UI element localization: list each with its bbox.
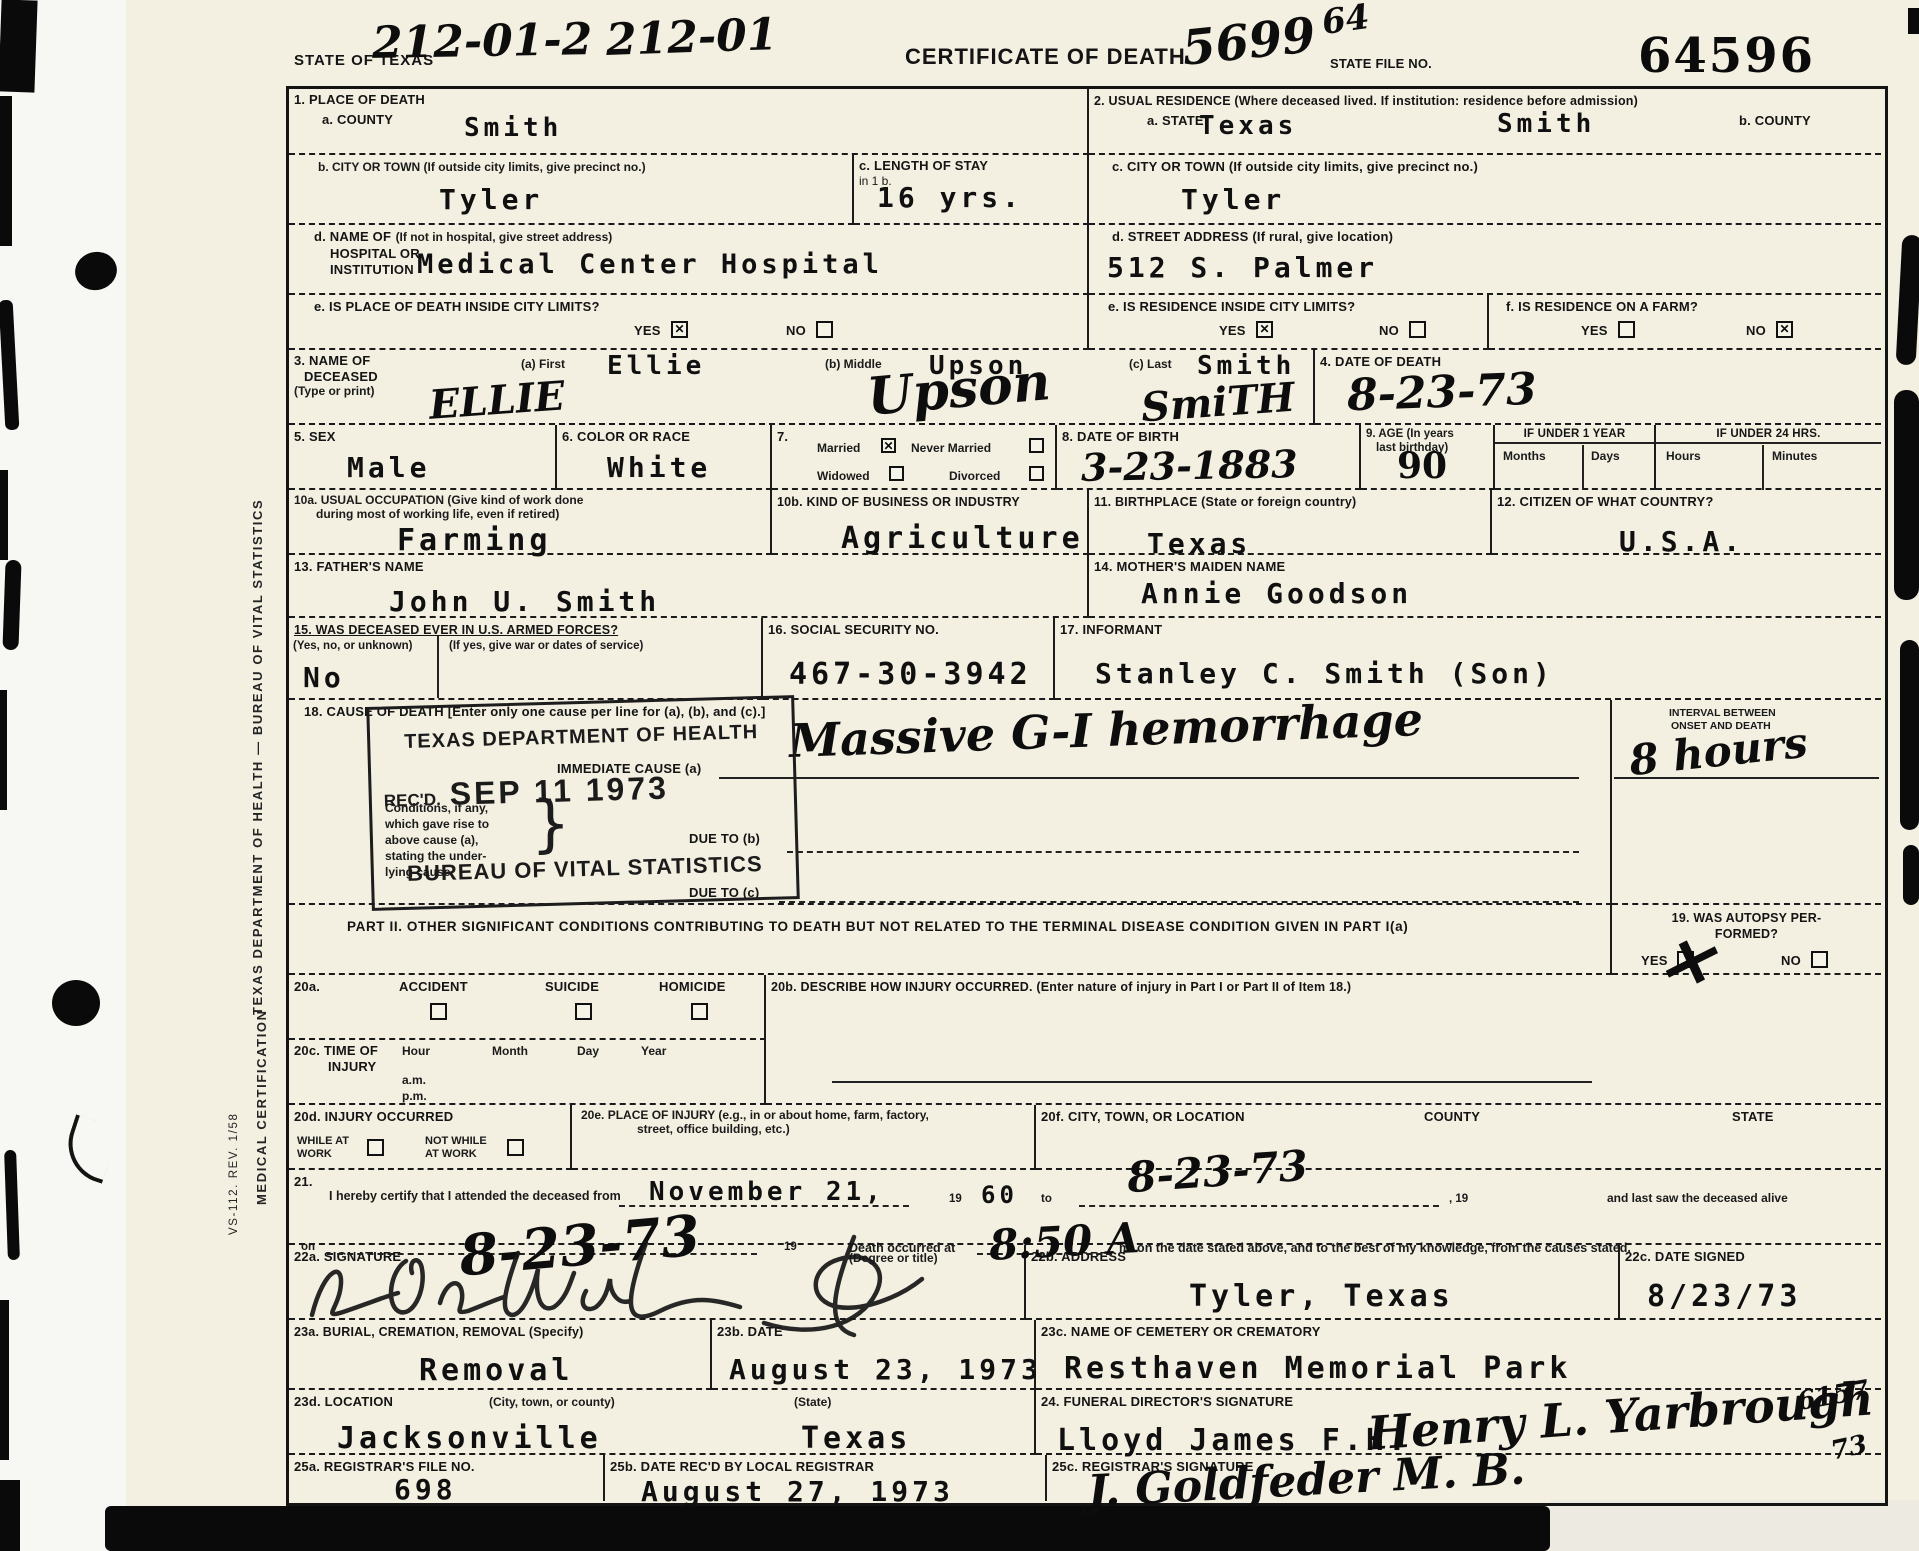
scan-edge-mark — [0, 470, 8, 560]
place-of-death-label: 1. PLACE OF DEATH — [294, 92, 1082, 108]
cell-death-city-limits: e. IS PLACE OF DEATH INSIDE CITY LIMITS? — [289, 295, 1089, 350]
cell-under-24-hrs: IF UNDER 24 HRS. Hours Minutes — [1656, 425, 1881, 490]
suicide-checkbox — [575, 1003, 592, 1020]
citizen-label: 12. CITIZEN OF WHAT COUNTRY? — [1497, 494, 1713, 509]
handwritten-file-suffix: 64 — [1319, 0, 1371, 43]
side-form-number: VS-112. REV. 1/58 — [228, 1075, 240, 1235]
residence-state-label: a. STATE — [1147, 113, 1204, 129]
homicide-label: HOMICIDE — [659, 979, 726, 995]
pen-hook-mark — [58, 1114, 120, 1183]
first-name-typed: Ellie — [607, 351, 705, 381]
certify-text-b: and last saw the deceased alive — [1607, 1191, 1788, 1205]
residence-city-value: Tyler — [1181, 183, 1285, 216]
injury-line — [832, 1081, 1592, 1083]
funeral-director-label: 24. FUNERAL DIRECTOR'S SIGNATURE — [1041, 1394, 1293, 1409]
location-sub-1: (City, town, or county) — [489, 1395, 615, 1409]
label-20e-2: street, office building, etc.) — [637, 1122, 1029, 1136]
under-1-divider — [1582, 445, 1584, 490]
certificate-number: 64596 — [1638, 28, 1815, 84]
widowed-label: Widowed — [817, 469, 870, 483]
scan-edge-mark — [0, 96, 12, 246]
location-state-value: Texas — [801, 1421, 911, 1456]
stamp-recd: REC'D. — [384, 790, 441, 812]
scan-edge-mark — [0, 0, 38, 93]
at-work-label: AT WORK — [425, 1148, 477, 1161]
residence-limits-no-checkbox — [1409, 321, 1426, 338]
registrar-date-label: 25b. DATE REC'D BY LOCAL REGISTRAR — [610, 1459, 874, 1474]
punch-hole — [71, 247, 121, 295]
residence-city-label: c. CITY OR TOWN (If outside city limits,… — [1112, 159, 1478, 174]
age-value: 90 — [1397, 445, 1447, 487]
residence-farm-label: f. IS RESIDENCE ON A FARM? — [1506, 299, 1698, 314]
cell-city-of-death: b. CITY OR TOWN (If outside city limits,… — [289, 155, 854, 225]
widowed-checkbox — [889, 466, 904, 481]
homicide-checkbox — [691, 1003, 708, 1020]
not-while-label: NOT WHILE — [425, 1135, 487, 1148]
length-of-stay-value: 16 yrs. — [877, 181, 1023, 214]
days-label: Days — [1591, 449, 1620, 463]
mother-label: 14. MOTHER'S MAIDEN NAME — [1094, 559, 1285, 574]
place-county-value: Smith — [464, 113, 562, 143]
age-label-1: 9. AGE (In years — [1366, 428, 1488, 442]
city-of-death-label: b. CITY OR TOWN (If outside city limits,… — [318, 160, 646, 174]
under-24-label: IF UNDER 24 HRS. — [1656, 428, 1881, 444]
work-label: WORK — [297, 1148, 332, 1161]
never-married-label: Never Married — [911, 441, 991, 455]
minutes-label: Minutes — [1772, 449, 1817, 463]
hospital-value: Medical Center Hospital — [417, 249, 883, 280]
certify-19b: , 19 — [1449, 1193, 1468, 1207]
scan-bottom-corner — [1550, 1500, 1919, 1551]
label-20b: 20b. DESCRIBE HOW INJURY OCCURRED. (Ente… — [771, 980, 1351, 994]
side-medical-certification-text: MEDICAL CERTIFICATION — [254, 895, 269, 1205]
scan-edge-mark — [4, 1150, 20, 1260]
usual-residence-label: 2. USUAL RESIDENCE (Where deceased lived… — [1094, 94, 1638, 108]
street-address-value: 512 S. Palmer — [1107, 251, 1378, 284]
pm-label: p.m. — [402, 1089, 427, 1103]
married-label: Married — [817, 441, 860, 455]
birthplace-label: 11. BIRTHPLACE (State or foreign country… — [1094, 495, 1356, 509]
physician-signature — [294, 1207, 994, 1357]
label-21: 21. — [294, 1174, 313, 1189]
state-file-no-label: STATE FILE NO. — [1330, 56, 1432, 72]
farm-yes-checkbox — [1618, 321, 1635, 338]
certify-60: 60 — [981, 1181, 1018, 1209]
armed-forces-divider — [437, 636, 439, 698]
punch-hole — [52, 980, 100, 1026]
sex-label: 5. SEX — [294, 429, 336, 444]
farm-no-label: NO — [1746, 323, 1766, 339]
hour-label: Hour — [402, 1044, 430, 1058]
autopsy-label-1: 19. WAS AUTOPSY PER- — [1612, 911, 1881, 926]
address-value: Tyler, Texas — [1189, 1279, 1454, 1314]
certify-from-value: November 21, — [649, 1177, 885, 1207]
certify-text-a: I hereby certify that I attended the dec… — [329, 1189, 621, 1204]
scan-edge-mark — [0, 1300, 9, 1460]
not-while-at-work-checkbox — [507, 1139, 524, 1156]
ssn-label: 16. SOCIAL SECURITY NO. — [768, 622, 939, 637]
autopsy-no-checkbox — [1811, 951, 1828, 968]
farm-yes-label: YES — [1581, 323, 1608, 339]
informant-value: Stanley C. Smith (Son) — [1095, 657, 1554, 690]
registrar-date-value: August 27, 1973 — [641, 1475, 954, 1508]
date-signed-label: 22c. DATE SIGNED — [1625, 1249, 1745, 1264]
scan-bottom-band — [105, 1506, 1550, 1551]
hours-label: Hours — [1666, 449, 1701, 463]
armed-forces-sub1: (Yes, no, or unknown) — [293, 640, 412, 654]
stamp-line-3: BUREAU OF VITAL STATISTICS — [374, 850, 797, 888]
scan-edge-mark — [1894, 390, 1919, 600]
residence-limits-no-label: NO — [1379, 323, 1399, 339]
certify-to: to — [1041, 1193, 1052, 1207]
location-label: 23d. LOCATION — [294, 1394, 393, 1409]
immediate-cause-line — [719, 777, 1579, 779]
industry-label: 10b. KIND OF BUSINESS OR INDUSTRY — [777, 495, 1020, 509]
cell-residence-city-limits: e. IS RESIDENCE INSIDE CITY LIMITS? — [1089, 295, 1489, 350]
certificate-form: 1. PLACE OF DEATH a. COUNTY 2. USUAL RES… — [286, 86, 1888, 1506]
divorced-label: Divorced — [949, 469, 1000, 483]
cell-place-of-death: 1. PLACE OF DEATH a. COUNTY — [289, 89, 1089, 155]
accident-label: ACCIDENT — [399, 979, 468, 995]
race-label: 6. COLOR OR RACE — [562, 429, 690, 444]
occupation-label-1: 10a. USUAL OCCUPATION (Give kind of work… — [294, 493, 765, 507]
interval-label-1: INTERVAL BETWEEN — [1669, 707, 1776, 720]
suicide-label: SUICIDE — [545, 979, 599, 995]
cell-part-2: PART II. OTHER SIGNIFICANT CONDITIONS CO… — [289, 905, 1612, 975]
while-at-label: WHILE AT — [297, 1135, 349, 1148]
scan-edge-mark — [0, 690, 7, 810]
birthplace-value: Texas — [1147, 527, 1251, 560]
scan-edge-mark — [1903, 845, 1919, 905]
ssn-value: 467-30-3942 — [789, 657, 1032, 692]
city-of-death-value: Tyler — [439, 183, 543, 216]
location-city-value: Jacksonville — [337, 1421, 602, 1456]
death-limits-yes-label: YES — [634, 323, 661, 339]
registrar-file-label: 25a. REGISTRAR'S FILE NO. — [294, 1459, 475, 1474]
mother-value: Annie Goodson — [1141, 577, 1412, 610]
residence-state-value: Texas — [1199, 111, 1297, 141]
scan-edge-mark — [0, 300, 19, 431]
part-2-label: PART II. OTHER SIGNIFICANT CONDITIONS CO… — [347, 919, 1408, 935]
handwritten-code-1: 212-01-2 — [372, 14, 593, 69]
registrar-file-value: 698 — [394, 1473, 457, 1506]
stamp-date: SEP 11 1973 — [449, 770, 669, 813]
year-label: Year — [641, 1044, 666, 1058]
label-20e-1: 20e. PLACE OF INJURY (e.g., in or about … — [581, 1108, 1029, 1122]
day-label: Day — [577, 1044, 599, 1058]
street-address-label: d. STREET ADDRESS (If rural, give locati… — [1112, 229, 1393, 244]
date-of-death-value: 8-23-73 — [1346, 364, 1537, 422]
accident-checkbox — [430, 1003, 447, 1020]
race-value: White — [607, 451, 711, 484]
received-stamp: TEXAS DEPARTMENT OF HEALTH REC'D. SEP 11… — [366, 695, 800, 911]
date-of-birth-value: 3-23-1883 — [1081, 441, 1298, 490]
certify-19a: 19 — [949, 1193, 962, 1207]
under-24-divider — [1762, 445, 1764, 490]
marital-label: 7. — [777, 429, 788, 444]
residence-county-value: Smith — [1497, 109, 1595, 139]
label-20f: 20f. CITY, TOWN, OR LOCATION — [1041, 1109, 1245, 1124]
scan-edge-mark — [0, 1480, 20, 1551]
months-label: Months — [1503, 449, 1546, 463]
armed-forces-label: 15. WAS DECEASED EVER IN U.S. ARMED FORC… — [294, 623, 618, 637]
father-value: John U. Smith — [389, 585, 660, 618]
cell-residence-farm: f. IS RESIDENCE ON A FARM? — [1489, 295, 1881, 350]
cemetery-label: 23c. NAME OF CEMETERY OR CREMATORY — [1041, 1324, 1321, 1339]
burial-value: Removal — [419, 1353, 573, 1388]
armed-forces-sub2: (If yes, give war or dates of service) — [449, 640, 643, 654]
month-label: Month — [492, 1044, 528, 1058]
autopsy-label-2: FORMED? — [1612, 927, 1881, 942]
am-label: a.m. — [402, 1073, 426, 1087]
label-20d: 20d. INJURY OCCURRED — [294, 1109, 453, 1124]
industry-value: Agriculture — [841, 521, 1084, 556]
death-certificate-scan: TEXAS DEPARTMENT OF HEALTH — BUREAU OF V… — [0, 0, 1919, 1551]
cemetery-value: Resthaven Memorial Park — [1064, 1351, 1571, 1386]
certify-to-line — [1079, 1205, 1439, 1207]
date-of-birth-label: 8. DATE OF BIRTH — [1062, 429, 1179, 444]
burial-date-value: August 23, 1973 — [729, 1353, 1042, 1386]
hospital-label-paren: (If not in hospital, give street address… — [396, 230, 613, 244]
due-to-c-line — [779, 901, 1579, 903]
death-limits-no-checkbox — [816, 321, 833, 338]
first-name-handwritten: ELLIE — [428, 372, 567, 428]
under-1-year-label: IF UNDER 1 YEAR — [1495, 428, 1654, 444]
cell-20e: 20e. PLACE OF INJURY (e.g., in or about … — [572, 1105, 1036, 1170]
armed-forces-value: No — [303, 661, 345, 694]
autopsy-no-label: NO — [1781, 953, 1801, 969]
occupation-label-2: during most of working life, even if ret… — [316, 507, 765, 521]
death-limits-no-label: NO — [786, 323, 806, 339]
married-checkbox: ✕ — [881, 438, 896, 453]
occupation-value: Farming — [397, 523, 551, 558]
residence-county-label: b. COUNTY — [1739, 113, 1811, 129]
while-at-work-checkbox — [367, 1139, 384, 1156]
county-label: a. COUNTY — [322, 112, 1082, 128]
first-name-label: (a) First — [521, 357, 565, 371]
hospital-label-1: d. NAME OF — [314, 229, 391, 244]
handwritten-code-2: 212-01 — [605, 9, 778, 66]
label-20c-2: INJURY — [328, 1059, 759, 1075]
divorced-checkbox — [1029, 466, 1044, 481]
cell-under-1-year: IF UNDER 1 YEAR Months Days — [1495, 425, 1656, 490]
state-col-label: STATE — [1732, 1109, 1774, 1125]
residence-city-limits-label: e. IS RESIDENCE INSIDE CITY LIMITS? — [1108, 299, 1355, 314]
informant-label: 17. INFORMANT — [1060, 622, 1162, 637]
scan-edge-mark — [1900, 640, 1919, 830]
county-col-label: COUNTY — [1424, 1109, 1480, 1125]
death-limits-yes-checkbox: ✕ — [671, 321, 688, 338]
last-name-label: (c) Last — [1129, 357, 1172, 371]
cell-20b: 20b. DESCRIBE HOW INJURY OCCURRED. (Ente… — [766, 975, 1881, 1105]
citizen-value: U.S.A. — [1619, 525, 1744, 558]
father-label: 13. FATHER'S NAME — [294, 559, 424, 574]
scan-edge-mark — [2, 560, 21, 651]
cell-marital: 7. — [772, 425, 1057, 490]
residence-limits-yes-label: YES — [1219, 323, 1246, 339]
stamp-line-1: TEXAS DEPARTMENT OF HEALTH — [370, 720, 792, 755]
due-to-b-line — [787, 851, 1579, 853]
sex-value: Male — [347, 451, 430, 484]
certificate-title: CERTIFICATE OF DEATH — [905, 44, 1186, 70]
cell-armed-forces: 15. WAS DECEASED EVER IN U.S. ARMED FORC… — [289, 618, 763, 700]
scan-edge-mark — [1908, 8, 1919, 34]
death-city-limits-label: e. IS PLACE OF DEATH INSIDE CITY LIMITS? — [314, 299, 600, 314]
location-sub-2: (State) — [794, 1395, 831, 1409]
certify-time-value: 8:50 A — [988, 1213, 1141, 1270]
length-of-stay-label: c. LENGTH OF STAY — [859, 158, 1082, 174]
label-20a: 20a. — [294, 979, 320, 994]
date-signed-value: 8/23/73 — [1647, 1279, 1801, 1314]
farm-no-checkbox: ✕ — [1776, 321, 1793, 338]
never-married-checkbox — [1029, 438, 1044, 453]
residence-limits-yes-checkbox: ✕ — [1256, 321, 1273, 338]
